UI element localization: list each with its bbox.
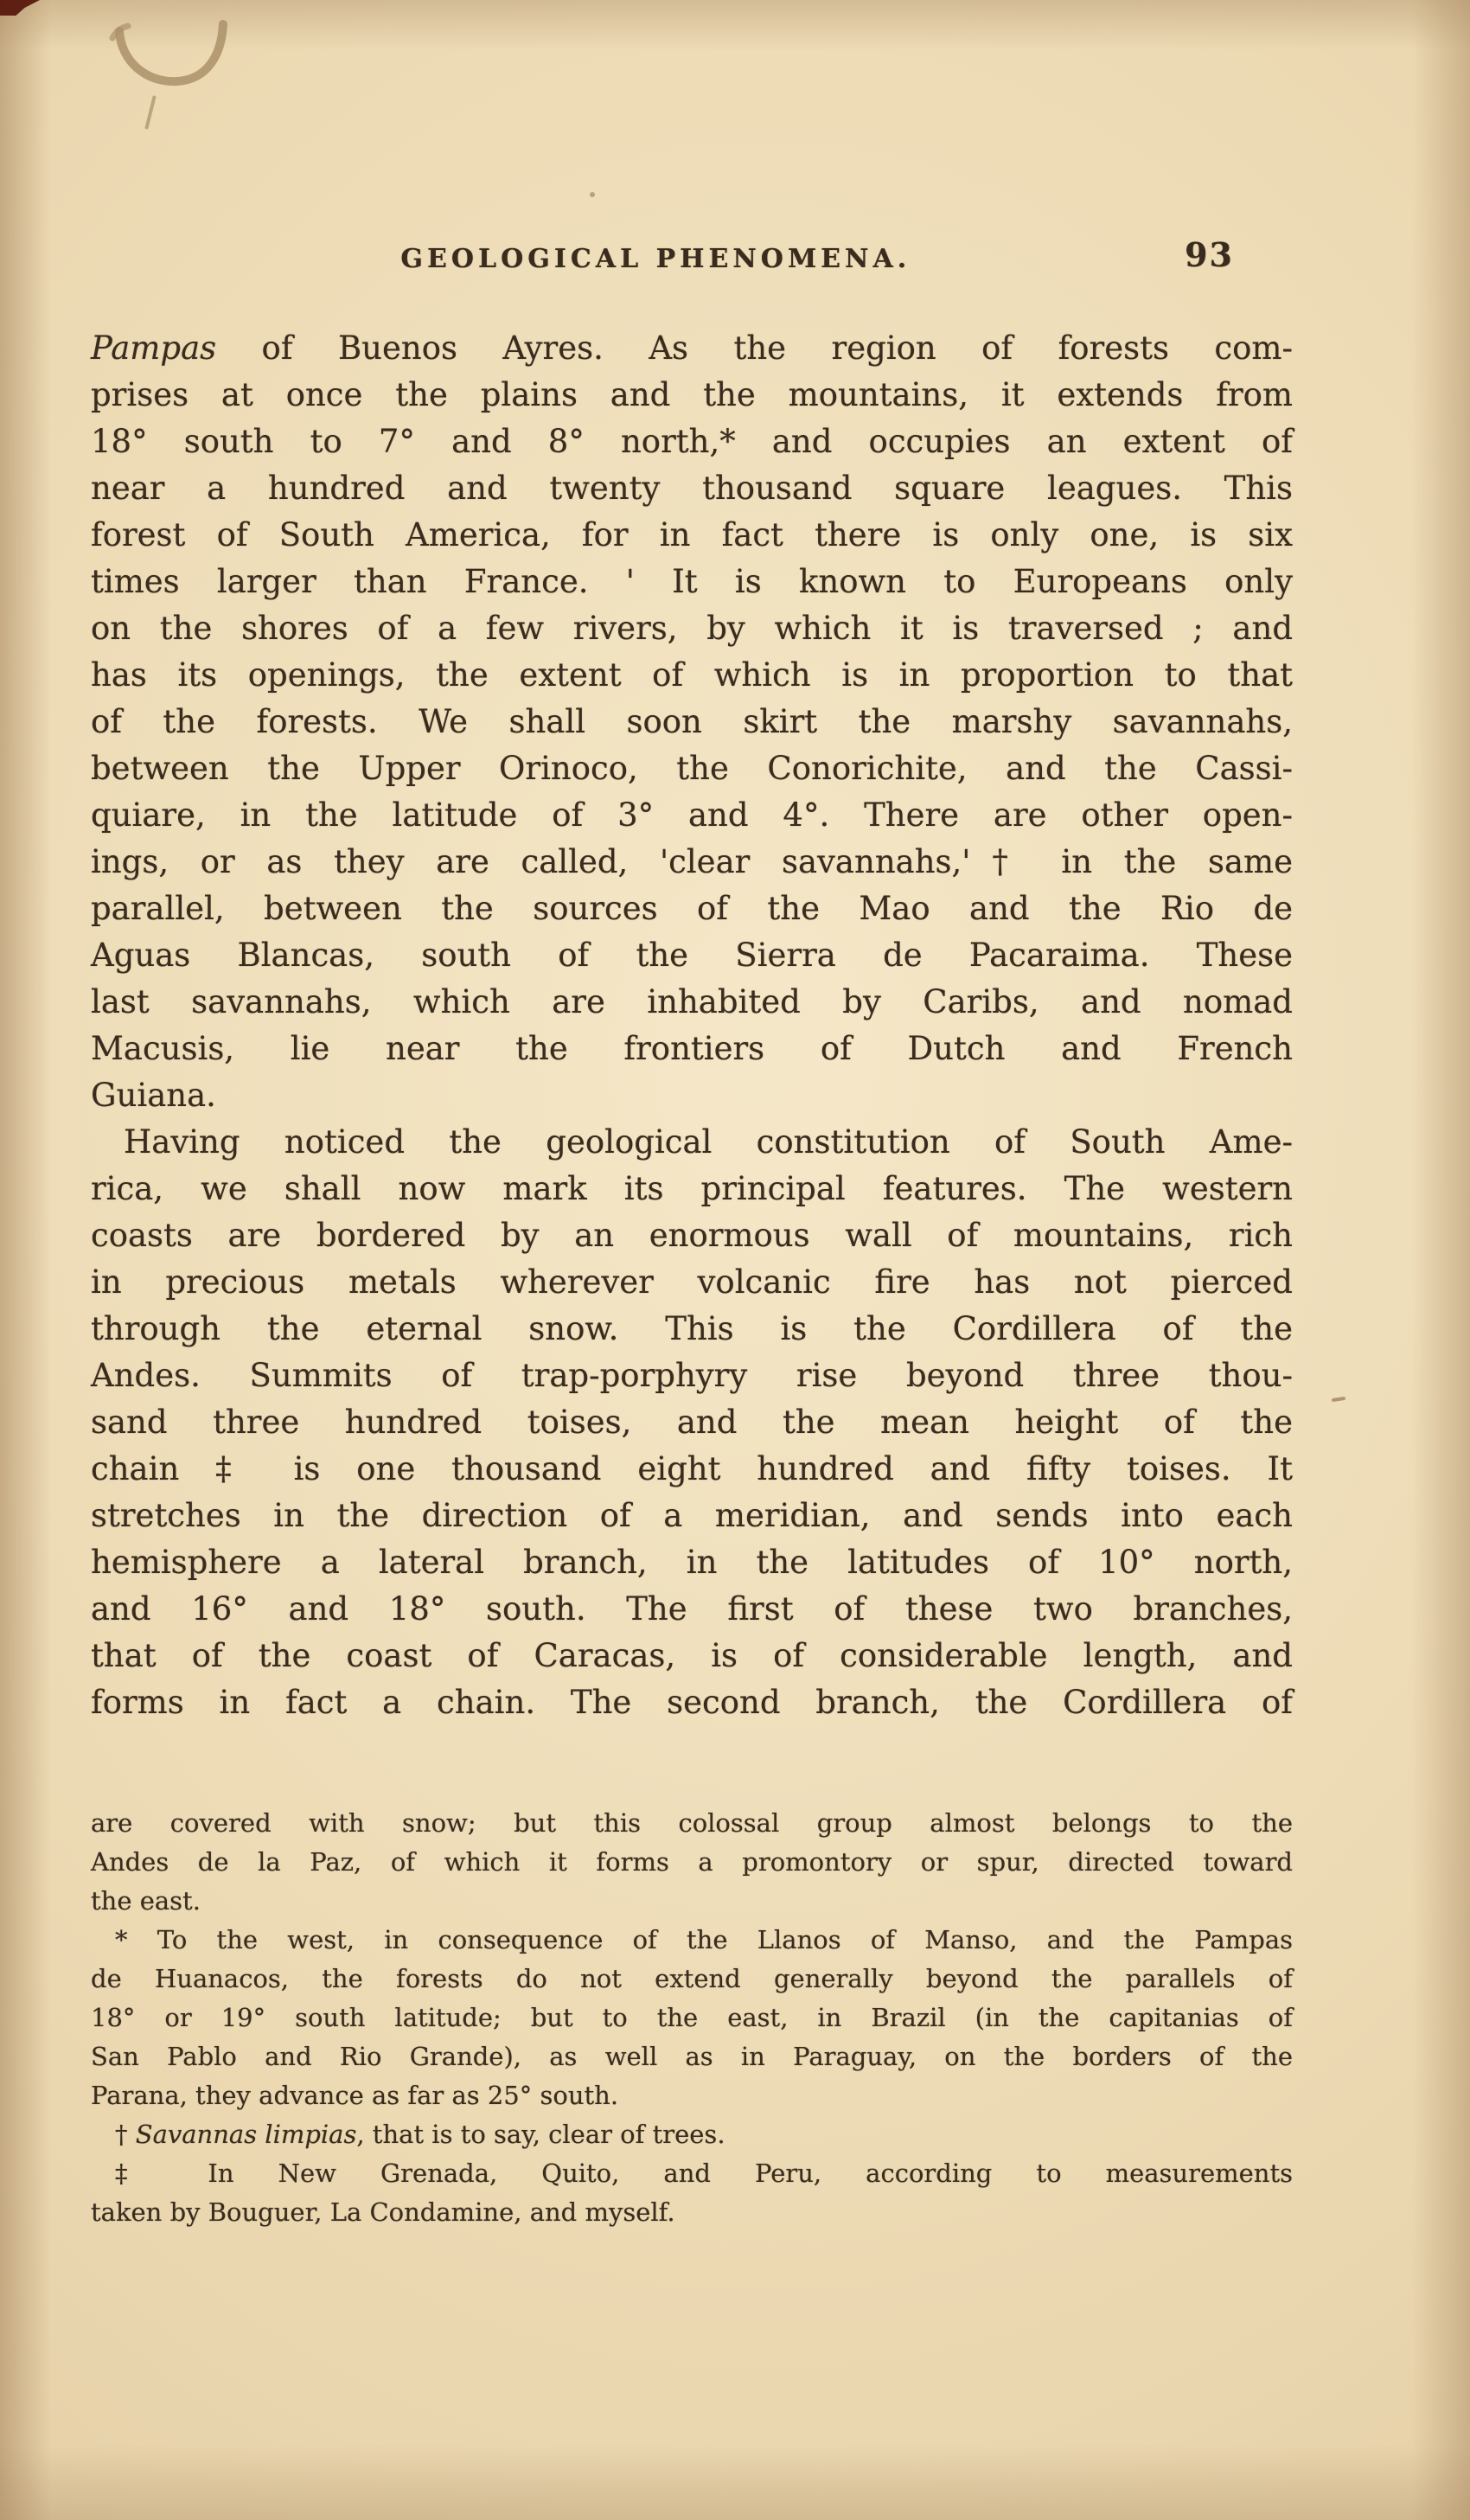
text-line: chain ‡ is one thousand eight hundred an…: [91, 1446, 1293, 1493]
text-line: near a hundred and twenty thousand squar…: [91, 465, 1293, 512]
text-line: and 16° and 18° south. The first of thes…: [91, 1586, 1293, 1633]
text-line: 18° south to 7° and 8° north,* and occup…: [91, 419, 1293, 465]
text-span: Macusis, lie near the frontiers of Dutch…: [91, 1030, 1293, 1067]
text-span: that of the coast of Caracas, is of cons…: [91, 1637, 1293, 1674]
text-span: 18° or 19° south latitude; but to the ea…: [91, 2003, 1293, 2032]
text-line: † Savannas limpias, that is to say, clea…: [91, 2115, 1293, 2154]
text-span: of the forests. We shall soon skirt the …: [91, 703, 1293, 740]
text-span: taken by Bouguer, La Condamine, and myse…: [91, 2197, 675, 2227]
paper-speck: [590, 192, 595, 197]
text-span: sand three hundred toises, and the mean …: [91, 1404, 1293, 1441]
text-span: 18° south to 7° and 8° north,* and occup…: [91, 423, 1293, 460]
text-line: the east.: [91, 1882, 1293, 1921]
text-span: Aguas Blancas, south of the Sierra de Pa…: [91, 937, 1293, 974]
text-line: through the eternal snow. This is the Co…: [91, 1306, 1293, 1353]
text-span: forest of South America, for in fact the…: [91, 516, 1293, 553]
text-line: Andes de la Paz, of which it forms a pro…: [91, 1843, 1293, 1882]
text-span: prises at once the plains and the mounta…: [91, 376, 1293, 413]
text-line: taken by Bouguer, La Condamine, and myse…: [91, 2193, 1293, 2232]
text-span: San Pablo and Rio Grande), as well as in…: [91, 2042, 1293, 2071]
text-line: forest of South America, for in fact the…: [91, 512, 1293, 559]
text-line: ings, or as they are called, 'clear sava…: [91, 839, 1293, 886]
text-span: chain ‡ is one thousand eight hundred an…: [91, 1450, 1293, 1487]
text-line: de Huanacos, the forests do not extend g…: [91, 1960, 1293, 1999]
text-span: Having noticed the geological constituti…: [124, 1123, 1293, 1161]
text-span: †: [115, 2120, 136, 2149]
text-span: , that is to say, clear of trees.: [356, 2120, 725, 2149]
text-span: parallel, between the sources of the Mao…: [91, 890, 1293, 927]
text-span: and 16° and 18° south. The first of thes…: [91, 1590, 1293, 1628]
text-span: ings, or as they are called, 'clear sava…: [91, 843, 1293, 880]
text-span: Guiana.: [91, 1077, 216, 1114]
text-span: near a hundred and twenty thousand squar…: [91, 470, 1293, 507]
text-line: on the shores of a few rivers, by which …: [91, 605, 1293, 652]
text-span: ‡ In New Grenada, Quito, and Peru, accor…: [115, 2159, 1293, 2188]
text-line: ‡ In New Grenada, Quito, and Peru, accor…: [91, 2154, 1293, 2193]
text-line: has its openings, the extent of which is…: [91, 652, 1293, 699]
text-line: * To the west, in consequence of the Lla…: [91, 1921, 1293, 1960]
text-span: coasts are bordered by an enormous wall …: [91, 1217, 1293, 1254]
text-span: the east.: [91, 1886, 201, 1916]
text-span: in precious metals wherever volcanic fir…: [91, 1263, 1293, 1301]
text-line: that of the coast of Caracas, is of cons…: [91, 1633, 1293, 1679]
text-line: San Pablo and Rio Grande), as well as in…: [91, 2037, 1293, 2076]
corner-stain-mark: [0, 0, 40, 16]
footnotes: are covered with snow; but this colossal…: [91, 1804, 1293, 2232]
text-line: stretches in the direction of a meridian…: [91, 1493, 1293, 1539]
text-line: are covered with snow; but this colossal…: [91, 1804, 1293, 1843]
text-line: rica, we shall now mark its principal fe…: [91, 1166, 1293, 1212]
text-span: * To the west, in consequence of the Lla…: [115, 1925, 1293, 1954]
body-text: Pampas of Buenos Ayres. As the region of…: [91, 325, 1293, 1726]
text-span: times larger than France. ' It is known …: [91, 563, 1293, 600]
text-span: Parana, they advance as far as 25° south…: [91, 2081, 618, 2110]
text-line: hemisphere a lateral branch, in the lati…: [91, 1539, 1293, 1586]
text-span: of Buenos Ayres. As the region of forest…: [216, 329, 1293, 367]
text-span: hemisphere a lateral branch, in the lati…: [91, 1544, 1293, 1581]
text-line: Macusis, lie near the frontiers of Dutch…: [91, 1026, 1293, 1072]
text-line: prises at once the plains and the mounta…: [91, 372, 1293, 419]
text-span: last savannahs, which are inhabited by C…: [91, 983, 1293, 1020]
text-span: are covered with snow; but this colossal…: [91, 1808, 1293, 1838]
text-span: Andes. Summits of trap-porphyry rise bey…: [91, 1357, 1293, 1394]
running-header: GEOLOGICAL PHENOMENA. 93: [91, 242, 1293, 285]
italic-text-span: Pampas: [91, 329, 216, 367]
text-span: quiare, in the latitude of 3° and 4°. Th…: [91, 796, 1293, 834]
text-line: Andes. Summits of trap-porphyry rise bey…: [91, 1353, 1293, 1399]
text-span: de Huanacos, the forests do not extend g…: [91, 1964, 1293, 1993]
text-line: Pampas of Buenos Ayres. As the region of…: [91, 325, 1293, 372]
text-line: parallel, between the sources of the Mao…: [91, 886, 1293, 932]
text-line: Having noticed the geological constituti…: [91, 1119, 1293, 1166]
text-line: Guiana.: [91, 1072, 1293, 1119]
text-span: between the Upper Orinoco, the Conorichi…: [91, 750, 1293, 787]
text-span: forms in fact a chain. The second branch…: [91, 1684, 1293, 1721]
text-line: of the forests. We shall soon skirt the …: [91, 699, 1293, 745]
text-span: stretches in the direction of a meridian…: [91, 1497, 1293, 1534]
text-line: times larger than France. ' It is known …: [91, 559, 1293, 605]
text-line: between the Upper Orinoco, the Conorichi…: [91, 745, 1293, 792]
text-line: Aguas Blancas, south of the Sierra de Pa…: [91, 932, 1293, 979]
paper-speck: [1332, 1397, 1345, 1402]
book-page-scan: GEOLOGICAL PHENOMENA. 93 Pampas of Bueno…: [0, 0, 1470, 2520]
text-span: through the eternal snow. This is the Co…: [91, 1310, 1293, 1347]
text-line: forms in fact a chain. The second branch…: [91, 1679, 1293, 1726]
text-line: Parana, they advance as far as 25° south…: [91, 2076, 1293, 2115]
italic-text-span: Savannas limpias: [136, 2120, 357, 2149]
text-line: sand three hundred toises, and the mean …: [91, 1399, 1293, 1446]
text-line: 18° or 19° south latitude; but to the ea…: [91, 1999, 1293, 2037]
running-header-title: GEOLOGICAL PHENOMENA.: [400, 244, 911, 274]
text-span: rica, we shall now mark its principal fe…: [91, 1170, 1293, 1207]
page-number: 93: [1185, 235, 1234, 274]
text-span: Andes de la Paz, of which it forms a pro…: [91, 1847, 1293, 1877]
text-line: in precious metals wherever volcanic fir…: [91, 1259, 1293, 1306]
text-line: last savannahs, which are inhabited by C…: [91, 979, 1293, 1026]
text-span: has its openings, the extent of which is…: [91, 656, 1293, 694]
text-span: on the shores of a few rivers, by which …: [91, 610, 1293, 647]
text-line: coasts are bordered by an enormous wall …: [91, 1212, 1293, 1259]
pencil-squiggle-mark: [95, 7, 259, 102]
text-line: quiare, in the latitude of 3° and 4°. Th…: [91, 792, 1293, 839]
